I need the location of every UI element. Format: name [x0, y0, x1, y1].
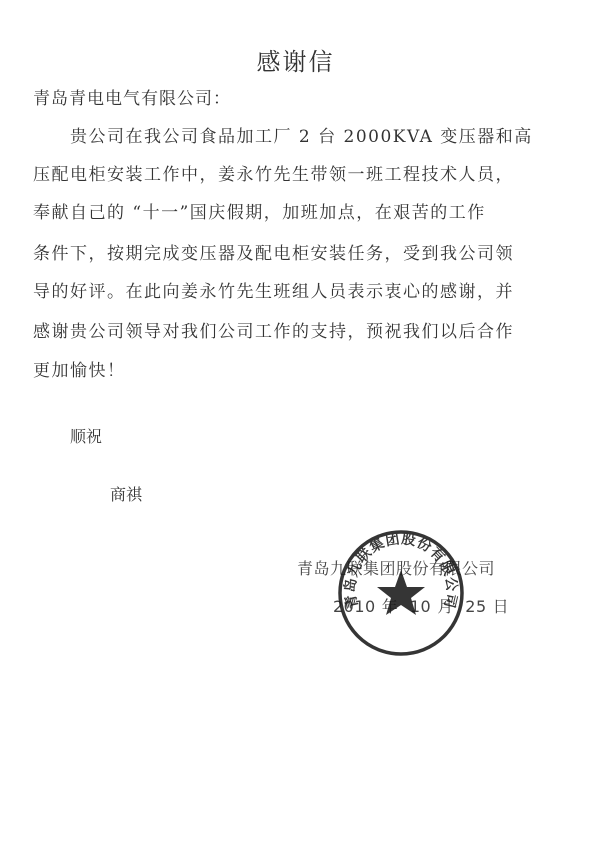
body-line: 奉献自己的 “十一”国庆假期，加班加点，在艰苦的工作	[33, 198, 486, 223]
body-line: 更加愉快！	[33, 356, 126, 381]
date-day: 25	[465, 597, 486, 616]
body-line: 压配电柜安装工作中，姜永竹先生带领一班工程技术人员，	[33, 160, 514, 185]
body-line: 感谢贵公司领导对我们公司工作的支持，预祝我们以后合作	[33, 317, 514, 342]
body-line: 导的好评。在此向姜永竹先生班组人员表示衷心的感谢，并	[33, 277, 514, 302]
date-day-label: 日	[493, 597, 510, 616]
regards-phrase: 商祺	[110, 482, 142, 505]
letter-title: 感谢信	[0, 42, 591, 77]
body-line: 贵公司在我公司食品加工厂 2 台 2000KVA 变压器和高	[33, 122, 533, 147]
star-icon	[377, 570, 425, 615]
salutation: 青岛青电电气有限公司：	[33, 84, 231, 109]
body-line: 条件下，按期完成变压器及配电柜安装任务，受到我公司领	[33, 239, 514, 264]
seal-graphic: 青岛九联集团股份有限公司	[336, 528, 466, 658]
closing-phrase: 顺祝	[70, 424, 102, 447]
company-seal: 青岛九联集团股份有限公司	[336, 528, 466, 658]
